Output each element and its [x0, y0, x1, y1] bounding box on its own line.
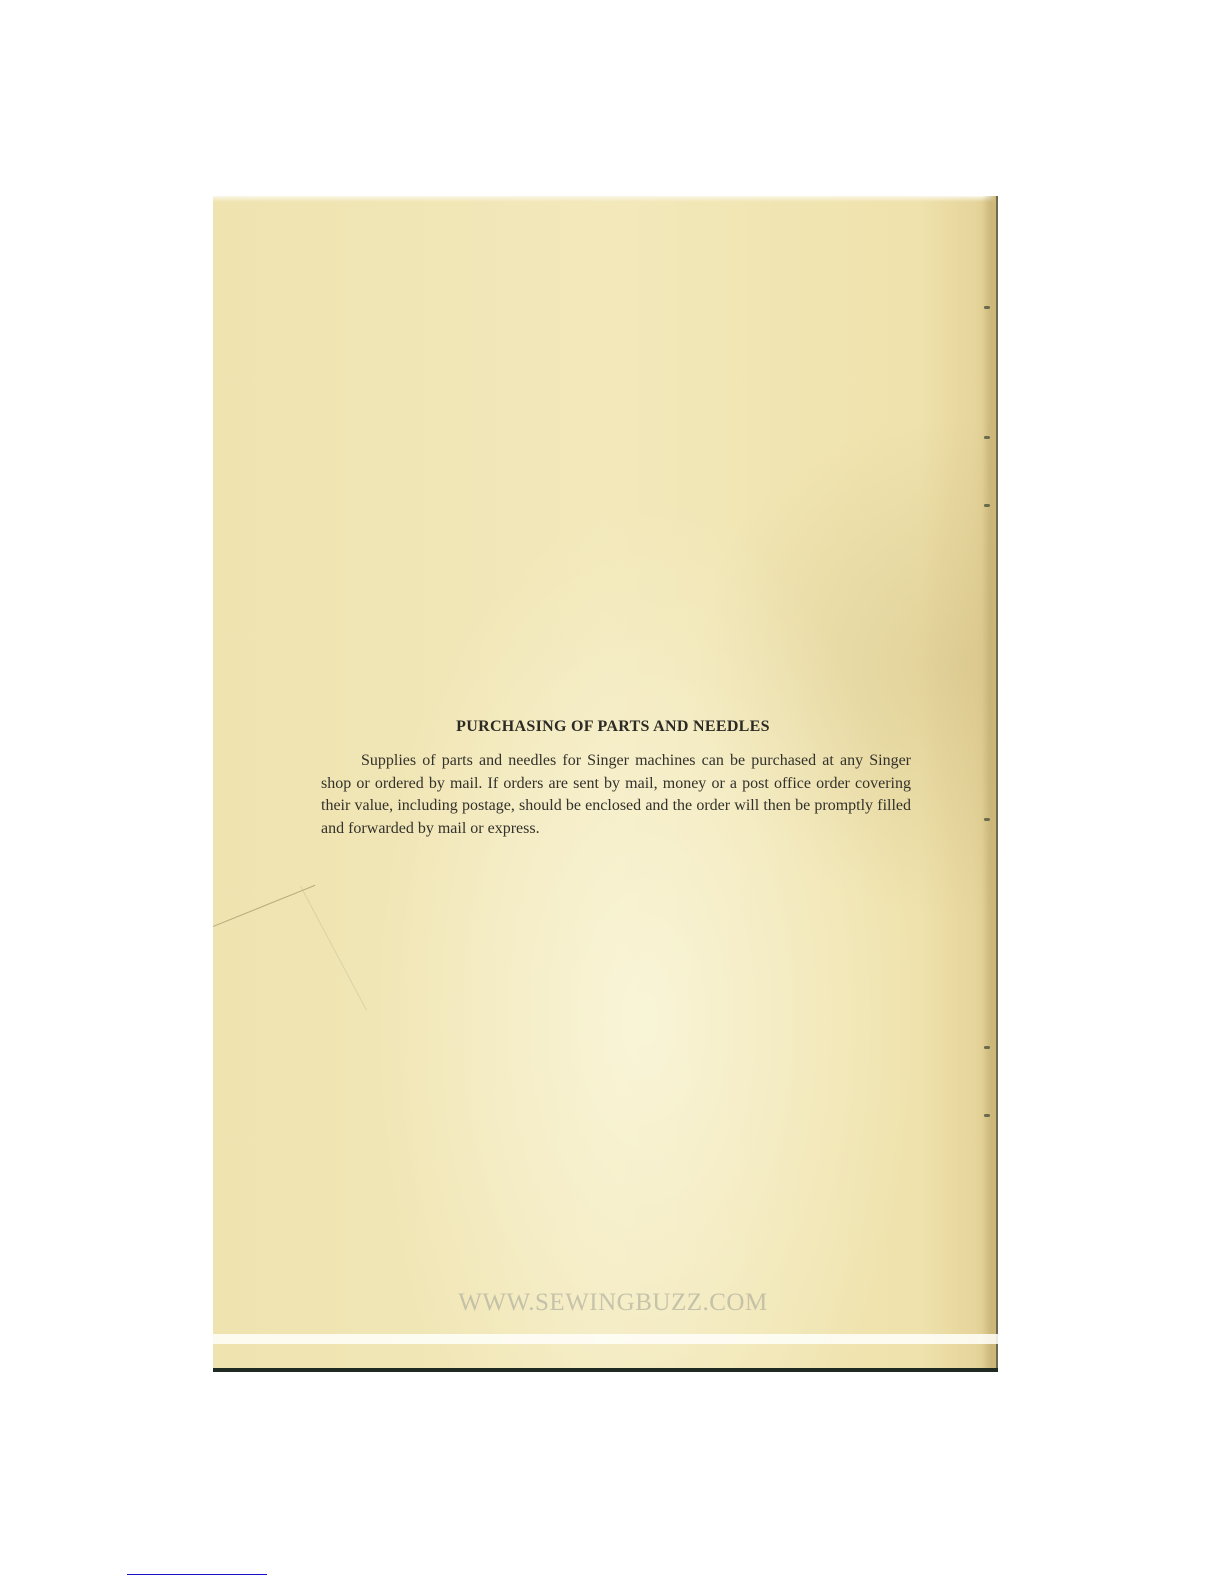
stitch-mark: [984, 306, 990, 309]
scan-fold-line: [213, 1334, 998, 1344]
stitch-mark: [984, 1046, 990, 1049]
binding-spine: [982, 196, 998, 1372]
body-paragraph: Supplies of parts and needles for Singer…: [321, 750, 911, 840]
stitch-mark: [984, 504, 990, 507]
stitch-mark: [984, 818, 990, 821]
link-underline[interactable]: [127, 1574, 267, 1575]
stitch-mark: [984, 1114, 990, 1117]
stitch-mark: [984, 436, 990, 439]
page-bottom-edge: [213, 1368, 998, 1372]
page-top-edge: [213, 196, 998, 202]
section-heading: PURCHASING OF PARTS AND NEEDLES: [403, 718, 823, 736]
page-crease: [300, 886, 367, 1010]
scanned-page: PURCHASING OF PARTS AND NEEDLES Supplies…: [213, 196, 998, 1372]
page-crease: [213, 885, 315, 927]
watermark-text: WWW.SEWINGBUZZ.COM: [413, 1289, 813, 1317]
